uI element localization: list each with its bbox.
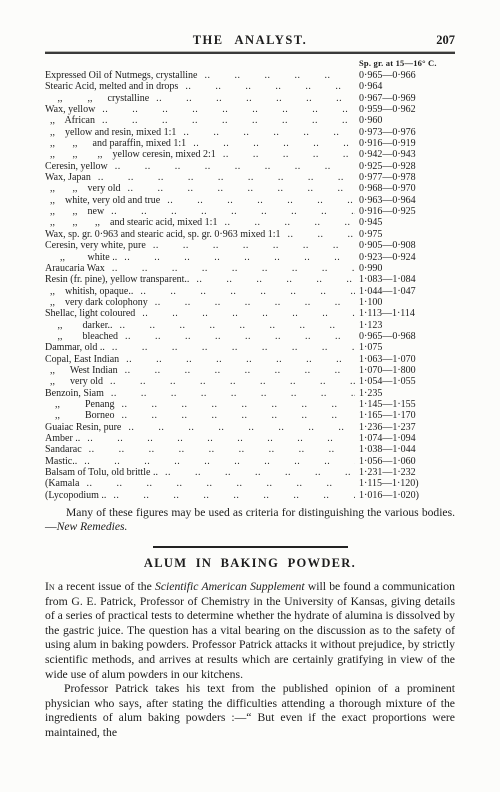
dot-leader: [182, 81, 355, 92]
dot-leader: [193, 274, 355, 285]
specific-gravity-value: 1·123: [359, 320, 455, 331]
table-row: ,, ,, ,, yellow ceresin, mixed 2:1 0·942…: [45, 149, 455, 160]
specific-gravity-value: 0·967—0·969: [359, 93, 455, 104]
substance-name: Dammar, old ..: [45, 342, 105, 353]
table-row: (Lycopodium .. 1·016—1·020): [45, 490, 455, 501]
table-row: Araucaria Wax 0·990: [45, 263, 455, 274]
table-row: ,, white, very old and true 0·963—0·964: [45, 195, 455, 206]
dot-leader: [139, 308, 355, 319]
dot-leader: [220, 149, 355, 160]
substance-name: ,, Borneo: [45, 410, 114, 421]
substance-name: ,, yellow and resin, mixed 1:1: [45, 127, 176, 138]
table-row: Amber .. 1·074—1·094: [45, 433, 455, 444]
specific-gravity-value: 0·925—0·928: [359, 161, 455, 172]
table-row: Wax, yellow 0·959—0·962: [45, 104, 455, 115]
dot-leader: [137, 286, 355, 297]
specific-gravity-value: 0·968—0·970: [359, 183, 455, 194]
substance-name: Ceresin, very white, pure: [45, 240, 146, 251]
specific-gravity-value: 0·959—0·962: [359, 104, 455, 115]
table-row: Ceresin, yellow 0·925—0·928: [45, 161, 455, 172]
table-row: ,, ,, and paraffin, mixed 1:1 0·916—0·91…: [45, 138, 455, 149]
dot-leader: [99, 104, 355, 115]
dot-leader: [190, 138, 355, 149]
table-row: ,, ,, new 0·916—0·925: [45, 206, 455, 217]
table-row: Mastic.. 1·056—1·060: [45, 456, 455, 467]
journal-page: THE ANALYST. 207 Sp. gr. at 15—16° C. Ex…: [0, 0, 500, 792]
dot-leader: [110, 490, 355, 501]
dot-leader: [122, 365, 355, 376]
table-row: Stearic Acid, melted and in drops 0·964: [45, 81, 455, 92]
table-row: ,, very dark colophony 1·100: [45, 297, 455, 308]
specific-gravity-value: 0·960: [359, 115, 455, 126]
substance-name: Wax, sp. gr. 0·963 and stearic acid, sp.…: [45, 229, 281, 240]
substance-name: Expressed Oil of Nutmegs, crystalline: [45, 70, 197, 81]
table-row: ,, Penang 1·145—1·155: [45, 399, 455, 410]
dot-leader: [108, 206, 355, 217]
substance-name: ,, African: [45, 115, 95, 126]
specific-gravity-value: 0·945: [359, 217, 455, 228]
substance-name: ,, ,, ,, yellow ceresin, mixed 2:1: [45, 149, 216, 160]
table-row: (Kamala 1·115—1·120): [45, 478, 455, 489]
specific-gravity-value: 1·070—1·800: [359, 365, 455, 376]
paragraph-text: a recent issue of the: [55, 580, 155, 593]
table-row: ,, Borneo 1·165—1·170: [45, 410, 455, 421]
dot-leader: [125, 183, 355, 194]
dot-leader: [180, 127, 355, 138]
substance-name: ,, ,, crystalline: [45, 93, 149, 104]
dot-leader: [153, 93, 355, 104]
substance-name: Benzoin, Siam: [45, 388, 104, 399]
substance-name: ,, ,, ,, and stearic acid, mixed 1:1: [45, 217, 217, 228]
table-row: ,, ,, crystalline 0·967—0·969: [45, 93, 455, 104]
section-divider: [153, 546, 348, 548]
dot-leader: [84, 433, 355, 444]
specific-gravity-value: 1·113—1·114: [359, 308, 455, 319]
substance-name: ,, white, very old and true: [45, 195, 160, 206]
substance-name: (Kamala: [45, 478, 79, 489]
dot-leader: [164, 195, 355, 206]
substance-name: ,, darker..: [45, 320, 113, 331]
table-row: Copal, East Indian 1·063—1·070: [45, 354, 455, 365]
journal-title: THE ANALYST.: [193, 33, 308, 47]
dot-leader: [118, 399, 355, 410]
table-row: Guaiac Resin, pure 1·236—1·237: [45, 422, 455, 433]
dot-leader: [162, 467, 355, 478]
closing-note-source: New Remedies.: [57, 520, 128, 533]
closing-note: Many of these figures may be used as cri…: [45, 506, 455, 534]
specific-gravity-value: 1·075: [359, 342, 455, 353]
article-paragraph-1: In a recent issue of the Scientific Amer…: [45, 580, 455, 682]
table-row: ,, ,, very old 0·968—0·970: [45, 183, 455, 194]
substance-name: Shellac, light coloured: [45, 308, 135, 319]
dot-leader: [123, 354, 355, 365]
table-row: Resin (fr. pine), yellow transparent.. 1…: [45, 274, 455, 285]
substance-name: ,, very old: [45, 376, 103, 387]
dot-leader: [107, 376, 355, 387]
paragraph-lead-word: In: [45, 580, 55, 593]
table-column-header: Sp. gr. at 15—16° C.: [359, 58, 455, 68]
article-title: ALUM IN BAKING POWDER.: [45, 556, 455, 571]
substance-name: ,, bleached: [45, 331, 118, 342]
dot-leader: [83, 478, 355, 489]
specific-gravity-value: 1·054—1·055: [359, 376, 455, 387]
specific-gravity-value: 1·038—1·044: [359, 444, 455, 455]
dot-leader: [81, 456, 355, 467]
dot-leader: [150, 240, 355, 251]
dot-leader: [221, 217, 355, 228]
specific-gravity-value: 1·165—1·170: [359, 410, 455, 421]
dot-leader: [117, 320, 356, 331]
substance-name: ,, ,, new: [45, 206, 104, 217]
specific-gravity-value: 0·964: [359, 81, 455, 92]
table-row: Ceresin, very white, pure 0·905—0·908: [45, 240, 455, 251]
substance-name: Ceresin, yellow: [45, 161, 108, 172]
table-row: ,, very old 1·054—1·055: [45, 376, 455, 387]
substance-name: Copal, East Indian: [45, 354, 119, 365]
substance-name: ,, ,, and paraffin, mixed 1:1: [45, 138, 186, 149]
substance-name: Resin (fr. pine), yellow transparent..: [45, 274, 189, 285]
specific-gravity-value: 0·990: [359, 263, 455, 274]
specific-gravity-value: 0·923—0·924: [359, 252, 455, 263]
specific-gravity-value: 1·115—1·120): [359, 478, 455, 489]
substance-name: Balsam of Tolu, old brittle ..: [45, 467, 158, 478]
table-row: ,, bleached 0·965—0·968: [45, 331, 455, 342]
gravity-table: Expressed Oil of Nutmegs, crystalline 0·…: [45, 70, 455, 501]
specific-gravity-value: 1·231—1·232: [359, 467, 455, 478]
table-row: Balsam of Tolu, old brittle .. 1·231—1·2…: [45, 467, 455, 478]
substance-name: Amber ..: [45, 433, 80, 444]
specific-gravity-value: 0·942—0·943: [359, 149, 455, 160]
header-rule: [45, 51, 455, 54]
table-row: ,, whitish, opaque.. 1·044—1·047: [45, 286, 455, 297]
specific-gravity-value: 0·973—0·976: [359, 127, 455, 138]
specific-gravity-value: 1·074—1·094: [359, 433, 455, 444]
specific-gravity-value: 1·044—1·047: [359, 286, 455, 297]
dot-leader: [152, 297, 355, 308]
specific-gravity-value: 0·975: [359, 229, 455, 240]
table-row: Wax, sp. gr. 0·963 and stearic acid, sp.…: [45, 229, 455, 240]
substance-name: ,, white ..: [45, 252, 117, 263]
specific-gravity-value: 0·965—0·968: [359, 331, 455, 342]
specific-gravity-value: 1·063—1·070: [359, 354, 455, 365]
substance-name: Wax, Japan: [45, 172, 91, 183]
substance-name: Wax, yellow: [45, 104, 95, 115]
page-number: 207: [436, 33, 455, 48]
specific-gravity-value: 0·916—0·919: [359, 138, 455, 149]
substance-name: Stearic Acid, melted and in drops: [45, 81, 178, 92]
specific-gravity-value: 1·235: [359, 388, 455, 399]
specific-gravity-value: 1·100: [359, 297, 455, 308]
table-row: ,, darker.. 1·123: [45, 320, 455, 331]
substance-name: Mastic..: [45, 456, 77, 467]
table-row: Wax, Japan 0·977—0·978: [45, 172, 455, 183]
dot-leader: [108, 388, 355, 399]
table-row: ,, African 0·960: [45, 115, 455, 126]
dot-leader: [125, 422, 355, 433]
dot-leader: [285, 229, 355, 240]
dot-leader: [122, 331, 355, 342]
table-row: Shellac, light coloured 1·113—1·114: [45, 308, 455, 319]
table-row: ,, yellow and resin, mixed 1:1 0·973—0·9…: [45, 127, 455, 138]
substance-name: ,, ,, very old: [45, 183, 121, 194]
specific-gravity-value: 0·963—0·964: [359, 195, 455, 206]
dot-leader: [201, 70, 355, 81]
dot-leader: [118, 410, 355, 421]
table-row: ,, ,, ,, and stearic acid, mixed 1:1 0·9…: [45, 217, 455, 228]
dot-leader: [86, 444, 355, 455]
dot-leader: [109, 263, 355, 274]
dot-leader: [99, 115, 355, 126]
table-row: Sandarac 1·038—1·044: [45, 444, 455, 455]
table-row: Dammar, old .. 1·075: [45, 342, 455, 353]
dot-leader: [121, 252, 355, 263]
table-row: Benzoin, Siam 1·235: [45, 388, 455, 399]
running-head: THE ANALYST. 207: [45, 33, 455, 48]
specific-gravity-value: 1·016—1·020): [359, 490, 455, 501]
dot-leader: [109, 342, 355, 353]
specific-gravity-value: 0·905—0·908: [359, 240, 455, 251]
specific-gravity-value: 0·977—0·978: [359, 172, 455, 183]
substance-name: ,, very dark colophony: [45, 297, 148, 308]
table-row: ,, West Indian 1·070—1·800: [45, 365, 455, 376]
dot-leader: [112, 161, 355, 172]
substance-name: Sandarac: [45, 444, 82, 455]
table-row: ,, white .. 0·923—0·924: [45, 252, 455, 263]
paragraph-text: will be found a communication from G. E.…: [45, 580, 455, 681]
substance-name: Araucaria Wax: [45, 263, 105, 274]
specific-gravity-value: 1·145—1·155: [359, 399, 455, 410]
substance-name: (Lycopodium ..: [45, 490, 106, 501]
specific-gravity-value: 1·083—1·084: [359, 274, 455, 285]
dot-leader: [95, 172, 355, 183]
substance-name: ,, whitish, opaque..: [45, 286, 133, 297]
publication-name: Scientific American Supplement: [155, 580, 305, 593]
substance-name: ,, Penang: [45, 399, 114, 410]
table-row: Expressed Oil of Nutmegs, crystalline 0·…: [45, 70, 455, 81]
specific-gravity-value: 1·056—1·060: [359, 456, 455, 467]
article-paragraph-2: Professor Patrick takes his text from th…: [45, 682, 455, 740]
substance-name: Guaiac Resin, pure: [45, 422, 121, 433]
specific-gravity-value: 1·236—1·237: [359, 422, 455, 433]
specific-gravity-value: 0·916—0·925: [359, 206, 455, 217]
substance-name: ,, West Indian: [45, 365, 118, 376]
specific-gravity-value: 0·965—0·966: [359, 70, 455, 81]
